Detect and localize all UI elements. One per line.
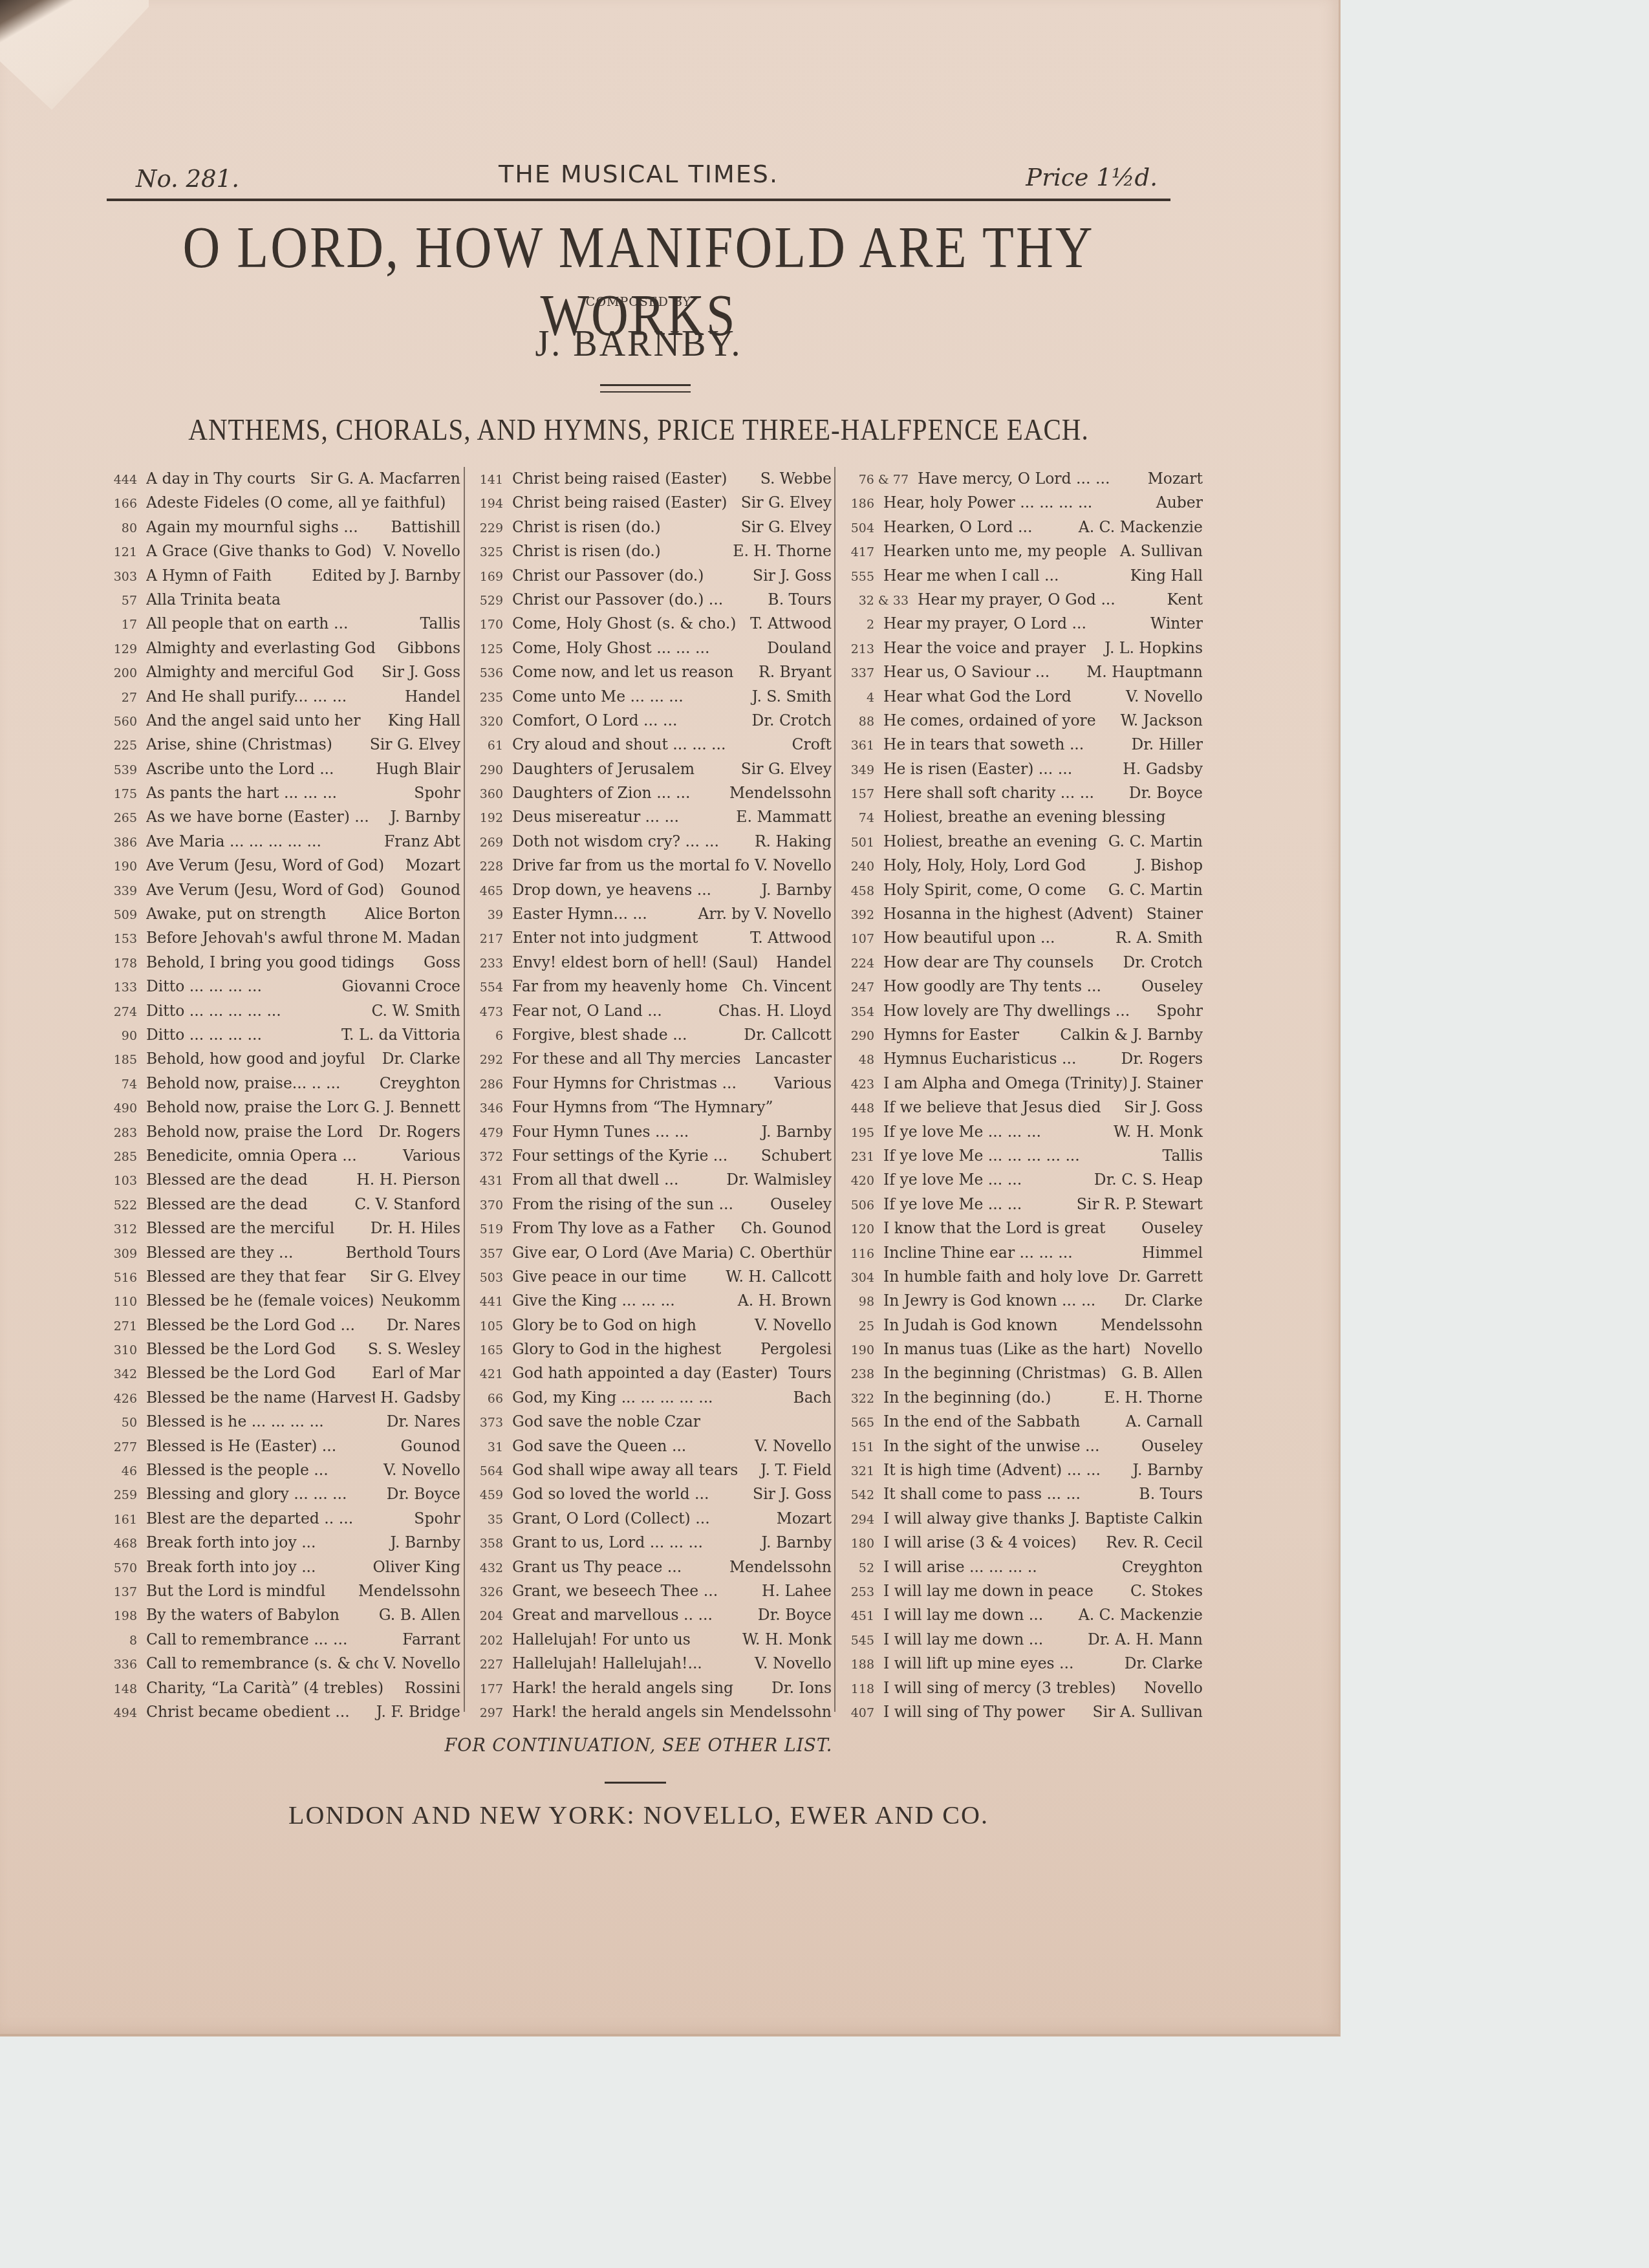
catalogue-entry: 358Grant to us, Lord ... ... ...J. Barnb… bbox=[469, 1531, 832, 1555]
entry-number: 479 bbox=[469, 1121, 503, 1145]
entry-composer: J. Barnby bbox=[385, 805, 460, 829]
entry-number: 564 bbox=[469, 1460, 503, 1484]
entry-composer: J. L. Hopkins bbox=[1099, 636, 1203, 660]
entry-number: 137 bbox=[103, 1581, 137, 1604]
catalogue-entry: 228Drive far from us the mortal foeV. No… bbox=[469, 854, 832, 878]
continuation-note: FOR CONTINUATION, SEE OTHER LIST. bbox=[107, 1736, 1170, 1756]
entry-title: Give the King ... ... ... bbox=[512, 1289, 733, 1313]
entry-title: I will lay me down in peace bbox=[883, 1579, 1125, 1603]
entry-number: 372 bbox=[469, 1145, 503, 1169]
entry-composer: Schubert bbox=[756, 1144, 832, 1168]
entry-composer: Gounod bbox=[396, 878, 460, 902]
entry-number: 225 bbox=[103, 734, 137, 758]
entry-number: 39 bbox=[469, 903, 503, 927]
entry-composer: Douland bbox=[762, 636, 832, 660]
entry-number: 194 bbox=[469, 492, 503, 516]
entry-number: 516 bbox=[103, 1266, 137, 1290]
catalogue-entry: 426Blessed be the name (Harvest)H. Gadsb… bbox=[103, 1386, 460, 1410]
entry-composer: Dr. Nares bbox=[382, 1410, 460, 1434]
catalogue-entry: 32 & 33Hear my prayer, O God ...Kent bbox=[841, 588, 1203, 612]
catalogue-entry: 161Blest are the departed .. ...Spohr bbox=[103, 1507, 460, 1531]
entry-composer: Ch. Gounod bbox=[736, 1216, 832, 1240]
entry-number: 545 bbox=[841, 1629, 874, 1653]
entry-title: Holy Spirit, come, O come bbox=[883, 878, 1103, 902]
entry-title: I will arise (3 & 4 voices) bbox=[883, 1531, 1101, 1555]
entry-number: 509 bbox=[103, 903, 137, 927]
entry-number: 536 bbox=[469, 662, 503, 686]
entry-title: A day in Thy courts bbox=[146, 467, 305, 491]
entry-title: I will alway give thanks bbox=[883, 1507, 1065, 1531]
entry-number: 88 bbox=[841, 710, 874, 734]
entry-composer: Dr. Boyce bbox=[753, 1603, 832, 1627]
entry-title: Ditto ... ... ... ... bbox=[146, 1023, 336, 1047]
entry-composer: A. C. Mackenzie bbox=[1073, 1603, 1203, 1627]
catalogue-entry: 490Behold now, praise the LordG. J. Benn… bbox=[103, 1096, 460, 1119]
entry-number: 304 bbox=[841, 1266, 874, 1290]
entry-title: Again my mournful sighs ... bbox=[146, 515, 386, 539]
entry-title: Blessed be the Lord God bbox=[146, 1361, 367, 1385]
catalogue-entry: 564God shall wipe away all tearsJ. T. Fi… bbox=[469, 1458, 832, 1482]
entry-title: I will lift up mine eyes ... bbox=[883, 1652, 1119, 1676]
entry-title: How goodly are Thy tents ... bbox=[883, 975, 1136, 999]
entry-title: He in tears that soweth ... bbox=[883, 733, 1126, 757]
catalogue-entry: 441Give the King ... ... ...A. H. Brown bbox=[469, 1289, 832, 1313]
catalogue-entry: 6Forgive, blest shade ...Dr. Callcott bbox=[469, 1023, 832, 1047]
entry-title: Easter Hymn... ... bbox=[512, 902, 693, 926]
entry-number: 148 bbox=[103, 1678, 137, 1701]
entry-number: 228 bbox=[469, 855, 503, 879]
catalogue-column-2: 141Christ being raised (Easter)S. Webbe1… bbox=[469, 467, 832, 1724]
entry-composer: Dr. Clarke bbox=[377, 1047, 460, 1071]
entry-title: Blessed be the Lord God ... bbox=[146, 1313, 382, 1337]
entry-number: 357 bbox=[469, 1242, 503, 1266]
entry-title: Charity, “La Carità” (4 trebles) bbox=[146, 1676, 400, 1700]
catalogue-entry: 120I know that the Lord is greatOuseley bbox=[841, 1216, 1203, 1240]
entry-number: 309 bbox=[103, 1242, 137, 1266]
entry-title: Behold now, praise the Lord bbox=[146, 1120, 373, 1144]
entry-composer: Dr. Hiller bbox=[1126, 733, 1203, 757]
entry-title: In the beginning (do.) bbox=[883, 1386, 1099, 1410]
entry-number: 185 bbox=[103, 1048, 137, 1072]
entry-number: 253 bbox=[841, 1581, 874, 1604]
entry-number: 297 bbox=[469, 1701, 503, 1725]
catalogue-entry: 339Ave Verum (Jesu, Word of God)Gounod bbox=[103, 878, 460, 902]
entry-number: 294 bbox=[841, 1508, 874, 1532]
entry-title: Here shall soft charity ... ... bbox=[883, 781, 1124, 805]
catalogue-entry: 421God hath appointed a day (Easter)Tour… bbox=[469, 1361, 832, 1385]
catalogue-entry: 269Doth not wisdom cry? ... ...R. Haking bbox=[469, 830, 832, 854]
entry-number: 290 bbox=[841, 1024, 874, 1048]
entry-title: Arise, shine (Christmas) bbox=[146, 733, 365, 757]
entry-title: He comes, ordained of yore bbox=[883, 709, 1115, 733]
entry-composer: G. B. Allen bbox=[1116, 1361, 1203, 1385]
entry-number: 555 bbox=[841, 565, 874, 589]
entry-title: Blessed be the name (Harvest) bbox=[146, 1386, 375, 1410]
entry-number: 451 bbox=[841, 1604, 874, 1628]
entry-number: 157 bbox=[841, 783, 874, 806]
entry-composer: Dr. Boyce bbox=[382, 1482, 460, 1506]
entry-composer: Mendelssohn bbox=[353, 1579, 460, 1603]
catalogue-entry: 76 & 77Have mercy, O Lord ... ...Mozart bbox=[841, 467, 1203, 491]
catalogue-entry: 35Grant, O Lord (Collect) ...Mozart bbox=[469, 1507, 832, 1531]
entry-number: 213 bbox=[841, 638, 874, 662]
entry-number: 420 bbox=[841, 1169, 874, 1193]
entry-composer: King Hall bbox=[383, 709, 460, 733]
entry-composer: Sir A. Sullivan bbox=[1088, 1700, 1203, 1724]
entry-title: Have mercy, O Lord ... ... bbox=[918, 467, 1143, 491]
catalogue-entry: 137But the Lord is mindfulMendelssohn bbox=[103, 1579, 460, 1603]
entry-composer: Hugh Blair bbox=[371, 757, 460, 781]
entry-title: Behold, I bring you good tidings bbox=[146, 951, 418, 975]
catalogue-entry: 271Blessed be the Lord God ...Dr. Nares bbox=[103, 1313, 460, 1337]
catalogue-entry: 227Hallelujah! Hallelujah!...V. Novello bbox=[469, 1652, 832, 1676]
entry-number: 2 bbox=[841, 613, 874, 637]
entry-composer: Dr. Clarke bbox=[1119, 1652, 1203, 1676]
entry-composer: Dr. Crotch bbox=[1117, 951, 1203, 975]
entry-number: 8 bbox=[103, 1629, 137, 1653]
entry-number: 339 bbox=[103, 880, 137, 903]
catalogue-entry: 309Blessed are they ...Berthold Tours bbox=[103, 1241, 460, 1265]
entry-composer: Creyghton bbox=[374, 1072, 460, 1096]
entry-title: If ye love Me ... ... ... ... ... bbox=[883, 1144, 1158, 1168]
catalogue-entry: 188I will lift up mine eyes ...Dr. Clark… bbox=[841, 1652, 1203, 1676]
entry-title: As pants the hart ... ... ... bbox=[146, 781, 409, 805]
catalogue-entry: 225Arise, shine (Christmas)Sir G. Elvey bbox=[103, 733, 460, 757]
entry-composer: J. S. Smith bbox=[747, 685, 832, 709]
catalogue-entry: 233Envy! eldest born of hell! (Saul)Hand… bbox=[469, 951, 832, 975]
entry-composer: Dr. A. H. Mann bbox=[1083, 1628, 1203, 1652]
entry-title: God so loved the world ... bbox=[512, 1482, 748, 1506]
catalogue-entry: 217Enter not into judgmentT. Attwood bbox=[469, 926, 832, 950]
catalogue-entry: 166Adeste Fideles (O come, all ye faithf… bbox=[103, 491, 460, 515]
entry-composer: H. Lahee bbox=[757, 1579, 832, 1603]
entry-title: Glory be to God on high bbox=[512, 1313, 749, 1337]
entry-composer: Sir J. Goss bbox=[748, 564, 832, 588]
entry-composer: Arr. by V. Novello bbox=[693, 902, 832, 926]
catalogue-entry: 148Charity, “La Carità” (4 trebles)Rossi… bbox=[103, 1676, 460, 1700]
entry-title: I am Alpha and Omega (Trinity) bbox=[883, 1072, 1126, 1096]
entry-number: 118 bbox=[841, 1678, 874, 1701]
entry-title: Behold, how good and joyful bbox=[146, 1047, 377, 1071]
entry-composer: Various bbox=[398, 1144, 460, 1168]
entry-number: 292 bbox=[469, 1048, 503, 1072]
entry-title: God shall wipe away all tears bbox=[512, 1458, 755, 1482]
entry-number: 80 bbox=[103, 517, 137, 541]
entry-title: Come unto Me ... ... ... bbox=[512, 685, 747, 709]
catalogue-entry: 190Ave Verum (Jesu, Word of God)Mozart bbox=[103, 854, 460, 878]
entry-number: 290 bbox=[469, 759, 503, 783]
entry-number: 170 bbox=[469, 613, 503, 637]
catalogue-entry: 265As we have borne (Easter) ...J. Barnb… bbox=[103, 805, 460, 829]
entry-title: In manus tuas (Like as the hart) bbox=[883, 1337, 1139, 1361]
catalogue-entry: 545I will lay me down ...Dr. A. H. Mann bbox=[841, 1628, 1203, 1652]
entry-title: In the end of the Sabbath bbox=[883, 1410, 1121, 1434]
masthead: No. 281. THE MUSICAL TIMES. Price 1½d. bbox=[107, 152, 1170, 201]
catalogue-entry: 194Christ being raised (Easter)Sir G. El… bbox=[469, 491, 832, 515]
entry-number: 539 bbox=[103, 759, 137, 783]
entry-number: 506 bbox=[841, 1194, 874, 1218]
catalogue-entry: 519From Thy love as a FatherCh. Gounod bbox=[469, 1216, 832, 1240]
entry-number: 105 bbox=[469, 1315, 503, 1339]
entry-composer: J. Barnby bbox=[756, 878, 832, 902]
catalogue-entry: 98In Jewry is God known ... ...Dr. Clark… bbox=[841, 1289, 1203, 1313]
catalogue-entry: 90Ditto ... ... ... ...T. L. da Vittoria bbox=[103, 1023, 460, 1047]
entry-composer: B. Tours bbox=[1134, 1482, 1203, 1506]
entry-number: 421 bbox=[469, 1363, 503, 1387]
entry-composer: C. Stokes bbox=[1125, 1579, 1203, 1603]
catalogue-entry: 360Daughters of Zion ... ...Mendelssohn bbox=[469, 781, 832, 805]
entry-number: 431 bbox=[469, 1169, 503, 1193]
catalogue-entry: 431From all that dwell ...Dr. Walmisley bbox=[469, 1168, 832, 1192]
entry-title: Doth not wisdom cry? ... ... bbox=[512, 830, 749, 854]
entry-composer: Winter bbox=[1145, 612, 1203, 636]
catalogue-entry: 304In humble faith and holy loveDr. Garr… bbox=[841, 1265, 1203, 1289]
entry-title: Adeste Fideles (O come, all ye faithful) bbox=[146, 491, 455, 515]
catalogue-entry: 539Ascribe unto the Lord ...Hugh Blair bbox=[103, 757, 460, 781]
catalogue-entry: 451I will lay me down ...A. C. Mackenzie bbox=[841, 1603, 1203, 1627]
entry-number: 337 bbox=[841, 662, 874, 686]
catalogue-entry: 31God save the Queen ...V. Novello bbox=[469, 1434, 832, 1458]
entry-composer: Tours bbox=[784, 1361, 832, 1385]
entry-title: God hath appointed a day (Easter) bbox=[512, 1361, 784, 1385]
entry-composer: Sir G. Elvey bbox=[365, 1265, 460, 1289]
entry-title: Call to remembrance ... ... bbox=[146, 1628, 397, 1652]
entry-number: 116 bbox=[841, 1242, 874, 1266]
entry-composer: V. Novello bbox=[749, 854, 832, 878]
entry-number: 6 bbox=[469, 1024, 503, 1048]
entry-number: 361 bbox=[841, 734, 874, 758]
catalogue-entry: 48Hymnus Eucharisticus ...Dr. Rogers bbox=[841, 1047, 1203, 1071]
catalogue-entry: 325Christ is risen (do.)E. H. Thorne bbox=[469, 539, 832, 563]
catalogue-entry: 103Blessed are the deadH. H. Pierson bbox=[103, 1168, 460, 1192]
entry-composer: Bach bbox=[788, 1386, 832, 1410]
catalogue-entry: 107How beautiful upon ...R. A. Smith bbox=[841, 926, 1203, 950]
entry-composer: Goss bbox=[418, 951, 460, 975]
catalogue-entry: 560And the angel said unto herKing Hall bbox=[103, 709, 460, 733]
entry-title: Four settings of the Kyrie ... bbox=[512, 1144, 756, 1168]
entry-composer: J. Bishop bbox=[1130, 854, 1203, 878]
entry-title: Hear the voice and prayer bbox=[883, 636, 1099, 660]
entry-title: A Hymn of Faith bbox=[146, 564, 307, 588]
entry-composer: V. Novello bbox=[1121, 685, 1203, 709]
entry-title: Daughters of Zion ... ... bbox=[512, 781, 724, 805]
entry-title: Christ is risen (do.) bbox=[512, 539, 727, 563]
catalogue-entry: 432Grant us Thy peace ...Mendelssohn bbox=[469, 1555, 832, 1579]
catalogue-entry: 213Hear the voice and prayerJ. L. Hopkin… bbox=[841, 636, 1203, 660]
entry-composer: Tallis bbox=[415, 612, 460, 636]
entry-composer: W. Jackson bbox=[1115, 709, 1203, 733]
entry-number: 186 bbox=[841, 492, 874, 516]
entry-number: 370 bbox=[469, 1194, 503, 1218]
entry-number: 57 bbox=[103, 589, 137, 613]
entry-number: 444 bbox=[103, 468, 137, 492]
catalogue-entry: 506If ye love Me ... ...Sir R. P. Stewar… bbox=[841, 1193, 1203, 1216]
entry-title: Break forth into joy ... bbox=[146, 1531, 385, 1555]
entry-composer: S. Webbe bbox=[755, 467, 832, 491]
entry-composer: Stainer bbox=[1141, 902, 1203, 926]
entry-number: 448 bbox=[841, 1097, 874, 1121]
entry-title: Ave Verum (Jesu, Word of God) bbox=[146, 878, 396, 902]
entry-number: 66 bbox=[469, 1387, 503, 1411]
catalogue-entry: 177Hark! the herald angels singDr. Ions bbox=[469, 1676, 832, 1700]
catalogue-entry: 178Behold, I bring you good tidingsGoss bbox=[103, 951, 460, 975]
entry-number: 74 bbox=[103, 1073, 137, 1097]
entry-number: 32 & 33 bbox=[841, 589, 909, 613]
entry-composer: Rev. R. Cecil bbox=[1101, 1531, 1203, 1555]
entry-number: 151 bbox=[841, 1436, 874, 1460]
entry-composer: Sir G. Elvey bbox=[365, 733, 460, 757]
entry-title: Hearken unto me, my people bbox=[883, 539, 1115, 563]
entry-number: 103 bbox=[103, 1169, 137, 1193]
entry-title: By the waters of Babylon bbox=[146, 1603, 374, 1627]
entry-title: Blessed is He (Easter) ... bbox=[146, 1434, 396, 1458]
entry-title: Behold now, praise the Lord bbox=[146, 1096, 358, 1119]
entry-number: 490 bbox=[103, 1097, 137, 1121]
entry-number: 336 bbox=[103, 1653, 137, 1677]
catalogue-entry: 52I will arise ... ... ... ..Creyghton bbox=[841, 1555, 1203, 1579]
entry-number: 342 bbox=[103, 1363, 137, 1387]
entry-title: Four Hymn Tunes ... ... bbox=[512, 1120, 756, 1144]
entry-title: Benedicite, omnia Opera ... bbox=[146, 1144, 398, 1168]
entry-number: 233 bbox=[469, 952, 503, 976]
entry-composer: J. F. Bridge bbox=[371, 1700, 460, 1724]
entry-title: Awake, put on strength bbox=[146, 902, 360, 926]
entry-composer: Neukomm bbox=[376, 1289, 460, 1313]
entry-composer: A. Carnall bbox=[1121, 1410, 1203, 1434]
entry-composer: Dr. H. Hiles bbox=[365, 1216, 460, 1240]
entry-composer: Kent bbox=[1162, 588, 1203, 612]
entry-title: Call to remembrance (s. & cho.) bbox=[146, 1652, 378, 1676]
entry-number: 269 bbox=[469, 831, 503, 855]
entry-title: Four Hymns from “The Hymnary” bbox=[512, 1096, 826, 1119]
catalogue-entry: 165Glory to God in the highestPergolesi bbox=[469, 1337, 832, 1361]
entry-title: Ave Maria ... ... ... ... ... bbox=[146, 830, 379, 854]
catalogue-entry: 509Awake, put on strengthAlice Borton bbox=[103, 902, 460, 926]
entry-title: In Judah is God known bbox=[883, 1313, 1095, 1337]
entry-number: 74 bbox=[841, 806, 874, 830]
entry-title: I will lay me down ... bbox=[883, 1628, 1083, 1652]
entry-title: It shall come to pass ... ... bbox=[883, 1482, 1134, 1506]
publisher-imprint: LONDON AND NEW YORK: NOVELLO, EWER AND C… bbox=[107, 1800, 1170, 1830]
entry-number: 217 bbox=[469, 927, 503, 951]
entry-composer: M. Madan bbox=[377, 926, 460, 950]
entry-number: 274 bbox=[103, 1000, 137, 1024]
entry-title: Enter not into judgment bbox=[512, 926, 745, 950]
entry-number: 283 bbox=[103, 1121, 137, 1145]
entry-composer: G. J. Bennett bbox=[358, 1096, 460, 1119]
entry-composer: Auber bbox=[1151, 491, 1203, 515]
entry-title: Blessed be he (female voices) bbox=[146, 1289, 376, 1313]
catalogue-entry: 297Hark! the herald angels singMendelsso… bbox=[469, 1700, 832, 1724]
catalogue-entry: 342Blessed be the Lord GodEarl of Mar bbox=[103, 1361, 460, 1385]
entry-composer: Sir G. Elvey bbox=[736, 515, 832, 539]
entry-number: 392 bbox=[841, 903, 874, 927]
entry-title: Hallelujah! For unto us bbox=[512, 1628, 737, 1652]
catalogue-entry: 290Hymns for EasterCalkin & J. Barnby bbox=[841, 1023, 1203, 1047]
catalogue-entry: 336Call to remembrance (s. & cho.)V. Nov… bbox=[103, 1652, 460, 1676]
entry-composer: V. Novello bbox=[749, 1313, 832, 1337]
entry-title: Hark! the herald angels sing bbox=[512, 1676, 766, 1700]
catalogue-entry: 565In the end of the SabbathA. Carnall bbox=[841, 1410, 1203, 1434]
catalogue-entry: 17All people that on earth ...Tallis bbox=[103, 612, 460, 636]
entry-number: 417 bbox=[841, 541, 874, 565]
ornamental-rule bbox=[600, 384, 691, 393]
entry-title: Blessed are they ... bbox=[146, 1241, 340, 1265]
catalogue-entry: 202Hallelujah! For unto usW. H. Monk bbox=[469, 1628, 832, 1652]
entry-composer: Various bbox=[769, 1072, 832, 1096]
entry-number: 17 bbox=[103, 613, 137, 637]
price: Price 1½d. bbox=[1026, 164, 1158, 191]
entry-title: From Thy love as a Father bbox=[512, 1216, 736, 1240]
entry-number: 407 bbox=[841, 1701, 874, 1725]
entry-title: Cry aloud and shout ... ... ... bbox=[512, 733, 786, 757]
catalogue-entry: 240Holy, Holy, Holy, Lord GodJ. Bishop bbox=[841, 854, 1203, 878]
entry-title: Christ our Passover (do.) ... bbox=[512, 588, 762, 612]
entry-title: Christ became obedient ... bbox=[146, 1700, 371, 1724]
entry-number: 227 bbox=[469, 1653, 503, 1677]
entry-number: 202 bbox=[469, 1629, 503, 1653]
catalogue-entry: 321It is high time (Advent) ... ...J. Ba… bbox=[841, 1458, 1203, 1482]
entry-title: Christ being raised (Easter) bbox=[512, 491, 736, 515]
catalogue-entry: 118I will sing of mercy (3 trebles)Novel… bbox=[841, 1676, 1203, 1700]
catalogue-entry: 361He in tears that soweth ...Dr. Hiller bbox=[841, 733, 1203, 757]
entry-title: Before Jehovah's awful throne bbox=[146, 926, 377, 950]
catalogue-entry: 259Blessing and glory ... ... ...Dr. Boy… bbox=[103, 1482, 460, 1506]
catalogue-entry: 504Hearken, O Lord ...A. C. Mackenzie bbox=[841, 515, 1203, 539]
entry-composer: Dr. Crotch bbox=[746, 709, 832, 733]
entry-composer: Farrant bbox=[397, 1628, 460, 1652]
entry-title: Blest are the departed .. ... bbox=[146, 1507, 409, 1531]
catalogue-entry: 175As pants the hart ... ... ...Spohr bbox=[103, 781, 460, 805]
entry-composer: Sir G. Elvey bbox=[736, 491, 832, 515]
entry-composer: V. Novello bbox=[749, 1434, 832, 1458]
entry-composer: V. Novello bbox=[378, 1458, 460, 1482]
entry-title: Blessed are the dead bbox=[146, 1193, 349, 1216]
entry-composer: Sir J. Goss bbox=[748, 1482, 832, 1506]
catalogue-entry: 157Here shall soft charity ... ...Dr. Bo… bbox=[841, 781, 1203, 805]
entry-composer: Pergolesi bbox=[755, 1337, 832, 1361]
entry-number: 224 bbox=[841, 952, 874, 976]
entry-composer: V. Novello bbox=[378, 539, 460, 563]
catalogue-entry: 238In the beginning (Christmas)G. B. All… bbox=[841, 1361, 1203, 1385]
entry-composer: C. Oberthür bbox=[735, 1241, 832, 1265]
entry-title: Blessed are the merciful bbox=[146, 1216, 365, 1240]
catalogue-entry: 349He is risen (Easter) ... ...H. Gadsby bbox=[841, 757, 1203, 781]
entry-title: In the sight of the unwise ... bbox=[883, 1434, 1136, 1458]
entry-title: Blessed be the Lord God bbox=[146, 1337, 363, 1361]
entry-number: 188 bbox=[841, 1653, 874, 1677]
footer-rule bbox=[605, 1782, 666, 1784]
entry-title: Christ is risen (do.) bbox=[512, 515, 736, 539]
catalogue-entry: 57Alla Trinita beata bbox=[103, 588, 460, 612]
entry-composer: Dr. Walmisley bbox=[721, 1168, 832, 1192]
entry-title: In Jewry is God known ... ... bbox=[883, 1289, 1119, 1313]
entry-composer: Croft bbox=[786, 733, 832, 757]
catalogue-entry: 235Come unto Me ... ... ...J. S. Smith bbox=[469, 685, 832, 709]
entry-composer: Mozart bbox=[771, 1507, 832, 1531]
entry-title: Hallelujah! Hallelujah!... bbox=[512, 1652, 749, 1676]
entry-title: Give peace in our time bbox=[512, 1265, 720, 1289]
entry-composer: Franz Abt bbox=[379, 830, 460, 854]
entry-title: Alla Trinita beata bbox=[146, 588, 455, 612]
entry-composer: T. Attwood bbox=[745, 612, 832, 636]
catalogue-entry: 192Deus misereatur ... ...E. Mammatt bbox=[469, 805, 832, 829]
catalogue-entry: 448If we believe that Jesus diedSir J. G… bbox=[841, 1096, 1203, 1119]
entry-number: 46 bbox=[103, 1460, 137, 1484]
entry-title: Blessed is the people ... bbox=[146, 1458, 378, 1482]
catalogue-entry: 392Hosanna in the highest (Advent)Staine… bbox=[841, 902, 1203, 926]
entry-title: In humble faith and holy love bbox=[883, 1265, 1114, 1289]
